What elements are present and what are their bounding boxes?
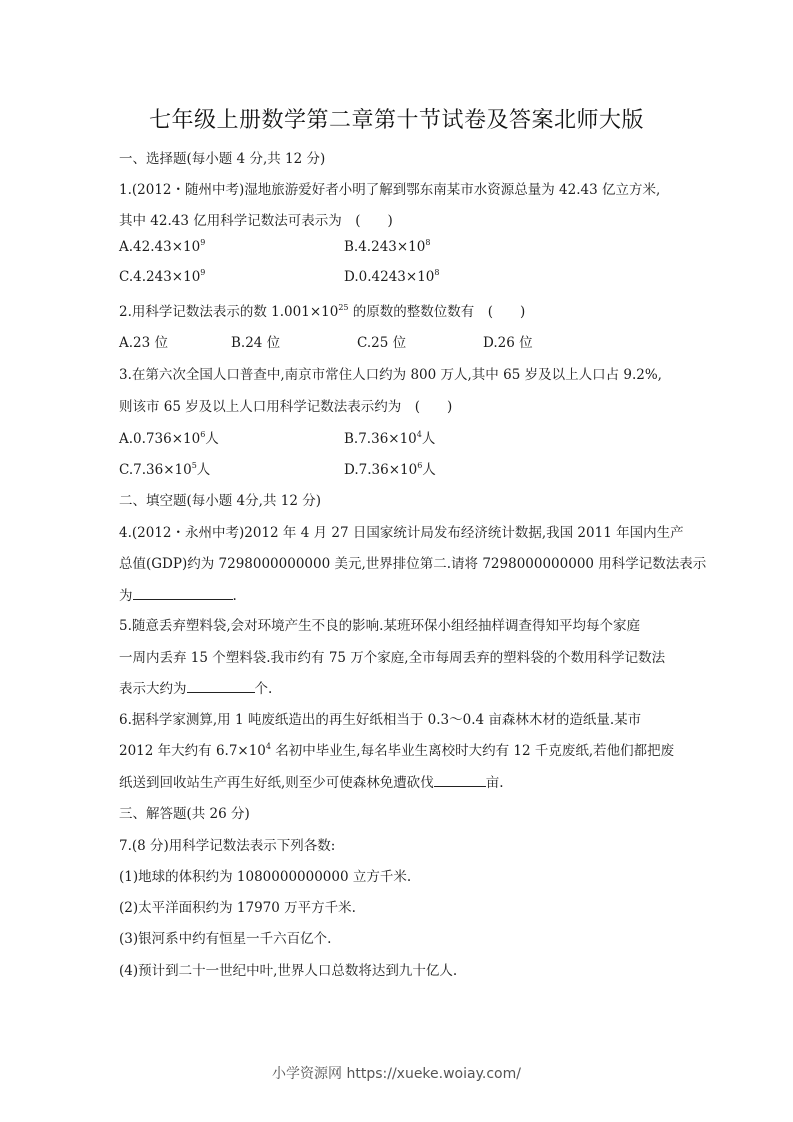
q7-intro: 7.(8 分)用科学记数法表示下列各数: (119, 834, 335, 854)
q2-option-a: A.23 位 (119, 331, 168, 351)
q6-line3: 纸送到回收站生产再生好纸,则至少可使森林免遭砍伐亩. (119, 771, 504, 791)
q7-item-4: (4)预计到二十一世纪中叶,世界人口总数将达到九十亿人. (119, 959, 457, 979)
q4-line1: 4.(2012・永州中考)2012 年 4 月 27 日国家统计局发布经济统计数… (119, 521, 684, 541)
q7-item-1: (1)地球的体积约为 1080000000000 立方千米. (119, 865, 411, 885)
q6-line1: 6.据科学家测算,用 1 吨废纸造出的再生好纸相当于 0.3～0.4 亩森林木材… (119, 708, 641, 728)
q5-line2: 一周内丢弃 15 个塑料袋.我市约有 75 万个家庭,全市每周丢弃的塑料袋的个数… (119, 646, 665, 666)
q5-answer-blank[interactable] (187, 680, 255, 693)
q7-item-2: (2)太平洋面积约为 17970 万平方千米. (119, 896, 356, 916)
q6-line2: 2012 年大约有 6.7×104 名初中毕业生,每名毕业生离校时大约有 12 … (119, 739, 674, 759)
q3-line2: 则该市 65 岁及以上人口用科学记数法表示约为 ( ) (119, 395, 452, 415)
q6-answer-blank[interactable] (434, 774, 486, 787)
q3-option-c: C.7.36×105人 (119, 458, 210, 478)
q4-line3: 为. (119, 584, 237, 604)
q5-line3: 表示大约为个. (119, 677, 272, 697)
q1-option-c: C.4.243×109 (119, 269, 205, 285)
footer-watermark: 小学资源网 https://xueke.woiay.com/ (0, 1063, 793, 1083)
page-title: 七年级上册数学第二章第十节试卷及答案北师大版 (0, 103, 793, 134)
q7-item-3: (3)银河系中约有恒星一千六百亿个. (119, 927, 331, 947)
q3-line1: 3.在第六次全国人口普查中,南京市常住人口约为 800 万人,其中 65 岁及以… (119, 363, 662, 383)
q2-option-b: B.24 位 (231, 331, 280, 351)
q4-line2: 总值(GDP)约为 7298000000000 美元,世界排位第二.请将 729… (119, 552, 706, 572)
exam-page: 七年级上册数学第二章第十节试卷及答案北师大版 一、选择题(每小题 4 分,共 1… (0, 0, 793, 1122)
q5-line1: 5.随意丢弃塑料袋,会对环境产生不良的影响.某班环保小组经抽样调查得知平均每个家… (119, 614, 640, 634)
q1-option-d: D.0.4243×108 (344, 269, 439, 285)
q4-answer-blank[interactable] (133, 587, 233, 600)
q1-line1: 1.(2012・随州中考)湿地旅游爱好者小明了解到鄂东南某市水资源总量为 42.… (119, 178, 660, 198)
q2-option-c: C.25 位 (357, 331, 406, 351)
section-heading-solve: 三、解答题(共 26 分) (119, 802, 250, 822)
q2-stem: 2.用科学记数法表示的数 1.001×1025 的原数的整数位数有 ( ) (119, 300, 525, 320)
q3-option-b: B.7.36×104人 (344, 427, 435, 447)
q3-option-a: A.0.736×106人 (119, 427, 219, 447)
q1-option-b: B.4.243×108 (344, 239, 430, 255)
section-heading-choice: 一、选择题(每小题 4 分,共 12 分) (119, 147, 325, 167)
q1-option-a: A.42.43×109 (119, 239, 205, 255)
q1-line2: 其中 42.43 亿用科学记数法可表示为 ( ) (119, 209, 393, 229)
section-heading-fill: 二、填空题(每小题 4分,共 12 分) (119, 489, 321, 509)
q3-option-d: D.7.36×106人 (344, 458, 436, 478)
q2-option-d: D.26 位 (483, 331, 533, 351)
